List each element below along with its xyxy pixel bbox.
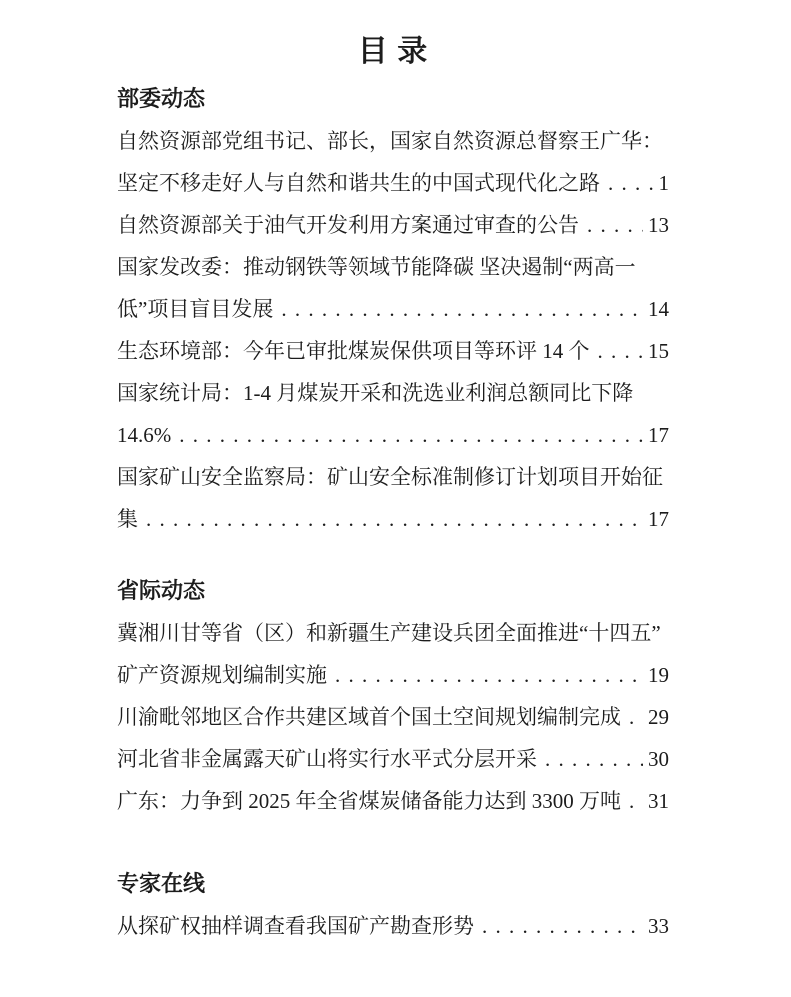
page-number: 15 [648, 330, 669, 372]
toc-entry-line: 低”项目盲目发展. . . . . . . . . . . . . . . . … [117, 288, 669, 330]
section-heading: 部委动态 [117, 78, 669, 120]
entry-text: 国家发改委：推动钢铁等领域节能降碳 坚决遏制“两高一 [117, 246, 636, 288]
toc-section: 省际动态冀湘川甘等省（区）和新疆生产建设兵团全面推进“十四五”矿产资源规划编制实… [117, 570, 669, 822]
toc-entry[interactable]: 自然资源部关于油气开发利用方案通过审查的公告. . . . . . . . . … [117, 204, 669, 246]
toc-entry-line: 自然资源部党组书记、部长，国家自然资源总督察王广华： [117, 120, 669, 162]
toc-entry[interactable]: 河北省非金属露天矿山将实行水平式分层开采. . . . . . . . . . … [117, 738, 669, 780]
page-number: 17 [648, 498, 669, 540]
entry-text: 冀湘川甘等省（区）和新疆生产建设兵团全面推进“十四五” [117, 612, 661, 654]
entry-text: 14.6% [117, 414, 171, 456]
dot-leader: . . . . . . . . . . . . . . . . . . . . … [629, 696, 643, 738]
page-number: 13 [648, 204, 669, 246]
page-number: 19 [648, 654, 669, 696]
entry-text: 从探矿权抽样调查看我国矿产勘查形势 [117, 905, 474, 947]
toc-entry[interactable]: 国家统计局：1-4 月煤炭开采和洗选业利润总额同比下降14.6%. . . . … [117, 372, 669, 456]
toc-entry-line: 14.6%. . . . . . . . . . . . . . . . . .… [117, 414, 669, 456]
toc-entry-line: 国家发改委：推动钢铁等领域节能降碳 坚决遏制“两高一 [117, 246, 669, 288]
entry-text: 国家统计局：1-4 月煤炭开采和洗选业利润总额同比下降 [117, 372, 633, 414]
dot-leader: . . . . . . . . . . . . . . . . . . . . … [482, 905, 643, 947]
toc-entry-line: 川渝毗邻地区合作共建区域首个国土空间规划编制完成. . . . . . . . … [117, 696, 669, 738]
toc-entry[interactable]: 国家发改委：推动钢铁等领域节能降碳 坚决遏制“两高一低”项目盲目发展. . . … [117, 246, 669, 330]
entry-text: 低”项目盲目发展 [117, 288, 273, 330]
entry-text: 川渝毗邻地区合作共建区域首个国土空间规划编制完成 [117, 696, 621, 738]
toc-entry-line: 坚定不移走好人与自然和谐共生的中国式现代化之路. . . . . . . . .… [117, 162, 669, 204]
toc-section: 专家在线从探矿权抽样调查看我国矿产勘查形势. . . . . . . . . .… [117, 863, 669, 947]
toc-content: 目 录 部委动态自然资源部党组书记、部长，国家自然资源总督察王广华：坚定不移走好… [117, 37, 669, 947]
entry-text: 坚定不移走好人与自然和谐共生的中国式现代化之路 [117, 162, 600, 204]
toc-entry-line: 国家矿山安全监察局：矿山安全标准制修订计划项目开始征 [117, 456, 669, 498]
page-number: 30 [648, 738, 669, 780]
toc-entry-line: 自然资源部关于油气开发利用方案通过审查的公告. . . . . . . . . … [117, 204, 669, 246]
page-number: 31 [648, 780, 669, 822]
dot-leader: . . . . . . . . . . . . . . . . . . . . … [146, 498, 643, 540]
entry-text: 矿产资源规划编制实施 [117, 654, 327, 696]
toc-entry[interactable]: 国家矿山安全监察局：矿山安全标准制修订计划项目开始征集. . . . . . .… [117, 456, 669, 540]
page-number: 17 [648, 414, 669, 456]
entry-text: 国家矿山安全监察局：矿山安全标准制修订计划项目开始征 [117, 456, 663, 498]
page-number: 33 [648, 905, 669, 947]
entry-text: 广东：力争到 2025 年全省煤炭储备能力达到 3300 万吨 [117, 780, 621, 822]
toc-entry[interactable]: 川渝毗邻地区合作共建区域首个国土空间规划编制完成. . . . . . . . … [117, 696, 669, 738]
toc-entry-line: 矿产资源规划编制实施. . . . . . . . . . . . . . . … [117, 654, 669, 696]
toc-entry-line: 国家统计局：1-4 月煤炭开采和洗选业利润总额同比下降 [117, 372, 669, 414]
dot-leader: . . . . . . . . . . . . . . . . . . . . … [545, 738, 643, 780]
dot-leader: . . . . . . . . . . . . . . . . . . . . … [179, 414, 643, 456]
toc-entry[interactable]: 从探矿权抽样调查看我国矿产勘查形势. . . . . . . . . . . .… [117, 905, 669, 947]
toc-entry-line: 集. . . . . . . . . . . . . . . . . . . .… [117, 498, 669, 540]
toc-entry-line: 从探矿权抽样调查看我国矿产勘查形势. . . . . . . . . . . .… [117, 905, 669, 947]
page-number: 29 [648, 696, 669, 738]
entry-text: 河北省非金属露天矿山将实行水平式分层开采 [117, 738, 537, 780]
toc-sections: 部委动态自然资源部党组书记、部长，国家自然资源总督察王广华：坚定不移走好人与自然… [117, 78, 669, 947]
dot-leader: . . . . . . . . . . . . . . . . . . . . … [335, 654, 643, 696]
toc-entry-line: 广东：力争到 2025 年全省煤炭储备能力达到 3300 万吨. . . . .… [117, 780, 669, 822]
doc-title: 目 录 [117, 37, 669, 67]
toc-entry-line: 冀湘川甘等省（区）和新疆生产建设兵团全面推进“十四五” [117, 612, 669, 654]
toc-section: 部委动态自然资源部党组书记、部长，国家自然资源总督察王广华：坚定不移走好人与自然… [117, 78, 669, 540]
entry-text: 集 [117, 498, 138, 540]
dot-leader: . . . . . . . . . . . . . . . . . . . . … [608, 162, 654, 204]
toc-entry[interactable]: 生态环境部：今年已审批煤炭保供项目等环评 14 个. . . . . . . .… [117, 330, 669, 372]
entry-text: 生态环境部：今年已审批煤炭保供项目等环评 14 个 [117, 330, 590, 372]
toc-entry[interactable]: 冀湘川甘等省（区）和新疆生产建设兵团全面推进“十四五”矿产资源规划编制实施. .… [117, 612, 669, 696]
dot-leader: . . . . . . . . . . . . . . . . . . . . … [587, 204, 643, 246]
dot-leader: . . . . . . . . . . . . . . . . . . . . … [629, 780, 643, 822]
section-heading: 专家在线 [117, 863, 669, 905]
dot-leader: . . . . . . . . . . . . . . . . . . . . … [598, 330, 644, 372]
toc-entry-line: 河北省非金属露天矿山将实行水平式分层开采. . . . . . . . . . … [117, 738, 669, 780]
page-number: 1 [659, 162, 670, 204]
document-page: 目 录 部委动态自然资源部党组书记、部长，国家自然资源总督察王广华：坚定不移走好… [0, 0, 791, 997]
toc-entry[interactable]: 广东：力争到 2025 年全省煤炭储备能力达到 3300 万吨. . . . .… [117, 780, 669, 822]
dot-leader: . . . . . . . . . . . . . . . . . . . . … [281, 288, 643, 330]
page-number: 14 [648, 288, 669, 330]
toc-entry-line: 生态环境部：今年已审批煤炭保供项目等环评 14 个. . . . . . . .… [117, 330, 669, 372]
section-heading: 省际动态 [117, 570, 669, 612]
entry-text: 自然资源部党组书记、部长，国家自然资源总督察王广华： [117, 120, 663, 162]
toc-entry[interactable]: 自然资源部党组书记、部长，国家自然资源总督察王广华：坚定不移走好人与自然和谐共生… [117, 120, 669, 204]
entry-text: 自然资源部关于油气开发利用方案通过审查的公告 [117, 204, 579, 246]
